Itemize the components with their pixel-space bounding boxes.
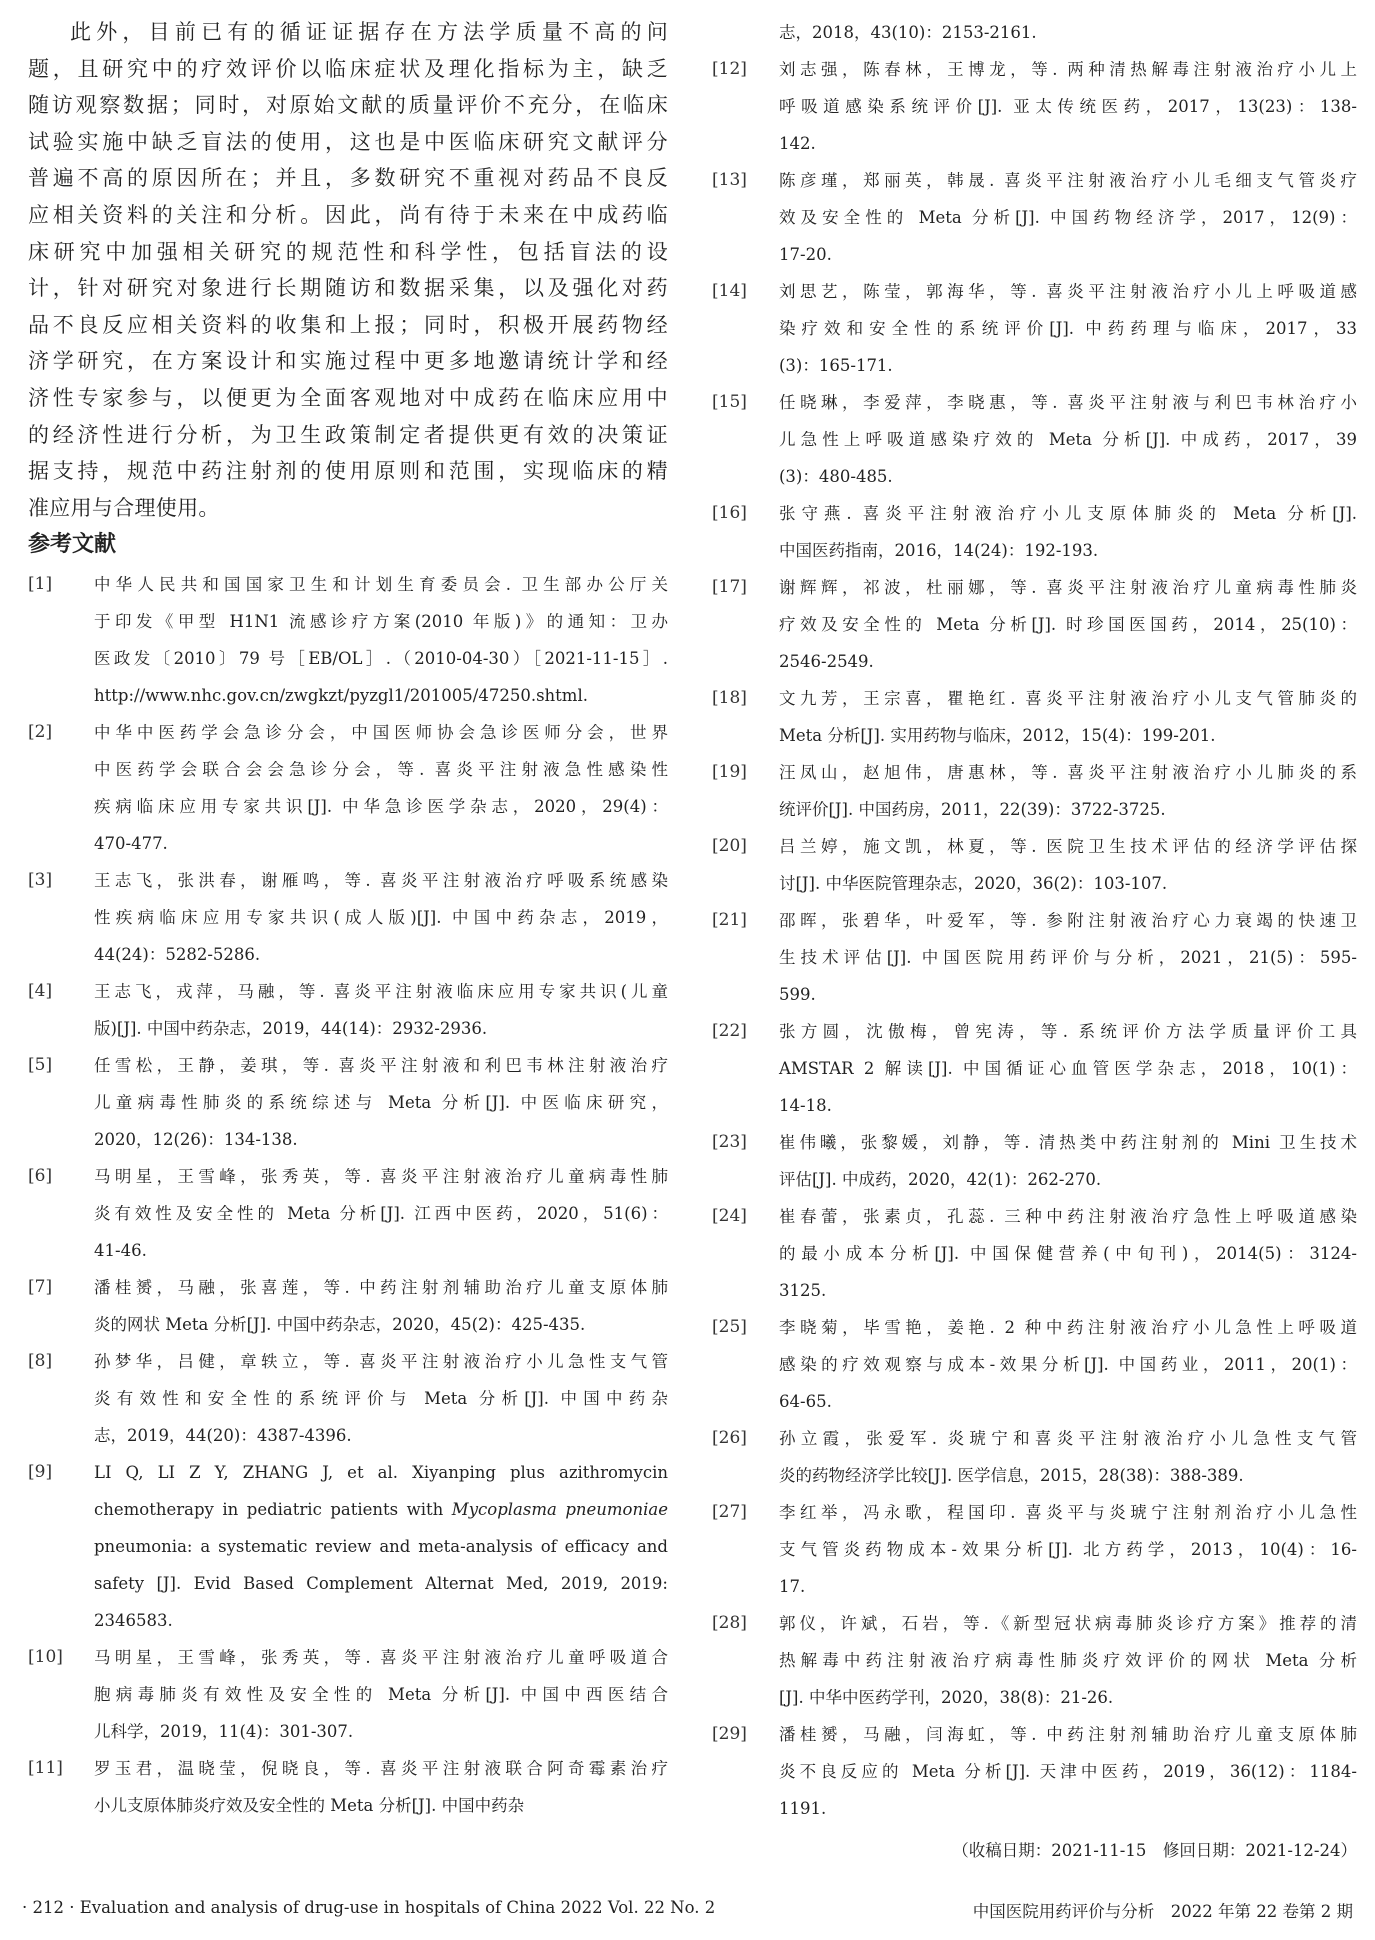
reference-item: [23]崔伟曦，张黎媛，刘静，等. 清热类中药注射剂的 Mini 卫生技术评估[… <box>712 1124 1357 1198</box>
reference-line: 邵晖，张碧华，叶爱军，等. 参附注射液治疗心力衰竭的快速卫 <box>779 902 1357 939</box>
species-name: Mycoplasma pneumoniae <box>452 1500 668 1519</box>
reference-line: 生技术评估[J]. 中国医院用药评价与分析，2021，21(5)：595- <box>779 939 1357 976</box>
reference-item: [8]孙梦华，吕健，章轶立，等. 喜炎平注射液治疗小儿急性支气管炎有效性和安全性… <box>28 1343 668 1454</box>
reference-item: [19]汪凤山，赵旭伟，唐惠林，等. 喜炎平注射液治疗小儿肺炎的系统评价[J].… <box>712 754 1357 828</box>
reference-line: 王志飞，张洪春，谢雁鸣，等. 喜炎平注射液治疗呼吸系统感染 <box>94 862 668 899</box>
reference-number: [4] <box>28 973 52 1010</box>
footer-journal-en: · 212 · Evaluation and analysis of drug-… <box>22 1898 715 1917</box>
reference-line: [J]. 中华中医药学刊，2020，38(8)：21-26. <box>779 1679 1357 1716</box>
reference-line: 呼吸道感染系统评价[J]. 亚太传统医药，2017，13(23)：138- <box>779 88 1357 125</box>
reference-line: 炎的药物经济学比较[J]. 医学信息，2015，28(38)：388-389. <box>779 1457 1357 1494</box>
reference-line: 2020，12(26)：134-138. <box>94 1121 668 1158</box>
reference-number: [3] <box>28 862 52 899</box>
reference-line: 统评价[J]. 中国药房，2011，22(39)：3722-3725. <box>779 791 1357 828</box>
footer-journal-cn: 中国医院用药评价与分析 2022 年第 22 卷第 2 期 <box>973 1898 1353 1922</box>
reference-item: [7]潘桂赟，马融，张喜莲，等. 中药注射剂辅助治疗儿童支原体肺炎的网状 Met… <box>28 1269 668 1343</box>
reference-line: 中华中医药学会急诊分会，中国医师协会急诊医师分会，世界 <box>94 714 668 751</box>
paragraph-line: 品不良反应相关资料的收集和上报；同时，积极开展药物经 <box>28 307 668 344</box>
reference-line: 小儿支原体肺炎疗效及安全性的 Meta 分析[J]. 中国中药杂 <box>94 1787 668 1824</box>
reference-line: 罗玉君，温晓莹，倪晓良，等. 喜炎平注射液联合阿奇霉素治疗 <box>94 1750 668 1787</box>
reference-line: (3)：480-485. <box>779 458 1357 495</box>
reference-line: 医政发〔2010〕79 号［EB/OL］.（2010-04-30）［2021-1… <box>94 640 668 677</box>
reference-line: 刘思艺，陈莹，郭海华，等. 喜炎平注射液治疗小儿上呼吸道感 <box>779 273 1357 310</box>
reference-line: 孙立霞，张爱军. 炎琥宁和喜炎平注射液治疗小儿急性支气管 <box>779 1420 1357 1457</box>
reference-line: 炎的网状 Meta 分析[J]. 中国中药杂志，2020，45(2)：425-4… <box>94 1306 668 1343</box>
reference-number: [15] <box>712 384 747 421</box>
reference-line: 于印发《甲型 H1N1 流感诊疗方案(2010 年版)》的通知：卫办 <box>94 603 668 640</box>
reference-line: 儿童病毒性肺炎的系统综述与 Meta 分析[J]. 中医临床研究， <box>94 1084 668 1121</box>
reference-number: [27] <box>712 1494 747 1531</box>
reference-line: safety [J]. Evid Based Complement Altern… <box>94 1565 668 1602</box>
reference-item: [16]张守燕. 喜炎平注射液治疗小儿支原体肺炎的 Meta 分析[J].中国医… <box>712 495 1357 569</box>
reference-line: 儿急性上呼吸道感染疗效的 Meta 分析[J]. 中成药，2017，39 <box>779 421 1357 458</box>
reference-number: [24] <box>712 1198 747 1235</box>
reference-line: (3)：165-171. <box>779 347 1357 384</box>
reference-item: [24]崔春蕾，张素贞，孔蕊. 三种中药注射液治疗急性上呼吸道感染的最小成本分析… <box>712 1198 1357 1309</box>
reference-line: 17. <box>779 1568 1357 1605</box>
reference-number: [23] <box>712 1124 747 1161</box>
reference-item: [27]李红举，冯永歌，程国印. 喜炎平与炎琥宁注射剂治疗小儿急性支气管炎药物成… <box>712 1494 1357 1605</box>
reference-line: 马明星，王雪峰，张秀英，等. 喜炎平注射液治疗儿童呼吸道合 <box>94 1639 668 1676</box>
reference-line: 中医药学会联合会会急诊分会，等. 喜炎平注射液急性感染性 <box>94 751 668 788</box>
reference-line: 41-46. <box>94 1232 668 1269</box>
paragraph-line: 随访观察数据；同时，对原始文献的质量评价不充分，在临床 <box>28 87 668 124</box>
reference-item: [10]马明星，王雪峰，张秀英，等. 喜炎平注射液治疗儿童呼吸道合胞病毒肺炎有效… <box>28 1639 668 1750</box>
reference-item: [13]陈彦瑾，郑丽英，韩晟. 喜炎平注射液治疗小儿毛细支气管炎疗效及安全性的 … <box>712 162 1357 273</box>
reference-item: [22]张方圆，沈傲梅，曾宪涛，等. 系统评价方法学质量评价工具AMSTAR 2… <box>712 1013 1357 1124</box>
body-paragraph: 此外，目前已有的循证证据存在方法学质量不高的问题，且研究中的疗效评价以临床症状及… <box>28 14 668 526</box>
reference-number: [8] <box>28 1343 52 1380</box>
reference-number: [16] <box>712 495 747 532</box>
reference-number: [9] <box>28 1454 52 1491</box>
reference-line: 王志飞，戎萍，马融，等. 喜炎平注射液临床应用专家共识(儿童 <box>94 973 668 1010</box>
right-column: 志，2018，43(10)：2153-2161. [12]刘志强，陈春林，王博龙… <box>712 0 1357 1869</box>
reference-line: 任晓琳，李爱萍，李晓惠，等. 喜炎平注射液与利巴韦林治疗小 <box>779 384 1357 421</box>
reference-number: [1] <box>28 566 52 603</box>
reference-line: 64-65. <box>779 1383 1357 1420</box>
reference-item: [9]LI Q, LI Z Y, ZHANG J, et al. Xiyanpi… <box>28 1454 668 1639</box>
references-heading: 参考文献 <box>28 528 668 562</box>
reference-item: [4]王志飞，戎萍，马融，等. 喜炎平注射液临床应用专家共识(儿童版)[J]. … <box>28 973 668 1047</box>
reference-item: [1]中华人民共和国国家卫生和计划生育委员会. 卫生部办公厅关于印发《甲型 H1… <box>28 566 668 714</box>
reference-line: Meta 分析[J]. 实用药物与临床，2012，15(4)：199-201. <box>779 717 1357 754</box>
reference-line: 张守燕. 喜炎平注射液治疗小儿支原体肺炎的 Meta 分析[J]. <box>779 495 1357 532</box>
reference-item: [12]刘志强，陈春林，王博龙，等. 两种清热解毒注射液治疗小儿上呼吸道感染系统… <box>712 51 1357 162</box>
reference-number: [11] <box>28 1750 63 1787</box>
reference-number: [25] <box>712 1309 747 1346</box>
paragraph-line: 据支持，规范中药注射剂的使用原则和范围，实现临床的精 <box>28 453 668 490</box>
paragraph-line: 试验实施中缺乏盲法的使用，这也是中医临床研究文献评分 <box>28 124 668 161</box>
reference-line: chemotherapy in pediatric patients with … <box>94 1491 668 1528</box>
reference-number: [17] <box>712 569 747 606</box>
reference-item: [18]文九芳，王宗喜，瞿艳红. 喜炎平注射液治疗小儿支气管肺炎的Meta 分析… <box>712 680 1357 754</box>
reference-number: [28] <box>712 1605 747 1642</box>
reference-line: 疗效及安全性的 Meta 分析[J]. 时珍国医国药，2014，25(10)： <box>779 606 1357 643</box>
reference-line: 3125. <box>779 1272 1357 1309</box>
reference-line: 470-477. <box>94 825 668 862</box>
reference-item: [11]罗玉君，温晓莹，倪晓良，等. 喜炎平注射液联合阿奇霉素治疗小儿支原体肺炎… <box>28 1750 668 1824</box>
paragraph-line: 济学研究，在方案设计和实施过程中更多地邀请统计学和经 <box>28 343 668 380</box>
reference-line: 吕兰婷，施文凯，林夏，等. 医院卫生技术评估的经济学评估探 <box>779 828 1357 865</box>
reference-item: [15]任晓琳，李爱萍，李晓惠，等. 喜炎平注射液与利巴韦林治疗小儿急性上呼吸道… <box>712 384 1357 495</box>
reference-number: [5] <box>28 1047 52 1084</box>
reference-list-left: [1]中华人民共和国国家卫生和计划生育委员会. 卫生部办公厅关于印发《甲型 H1… <box>28 566 668 1824</box>
paragraph-line: 此外，目前已有的循证证据存在方法学质量不高的问 <box>28 14 668 51</box>
reference-line: 李晓菊，毕雪艳，姜艳. 2 种中药注射液治疗小儿急性上呼吸道 <box>779 1309 1357 1346</box>
reference-number: [10] <box>28 1639 63 1676</box>
reference-line: 汪凤山，赵旭伟，唐惠林，等. 喜炎平注射液治疗小儿肺炎的系 <box>779 754 1357 791</box>
left-column: 此外，目前已有的循证证据存在方法学质量不高的问题，且研究中的疗效评价以临床症状及… <box>28 0 668 1824</box>
reference-line: 炎不良反应的 Meta 分析[J]. 天津中医药，2019，36(12)：118… <box>779 1753 1357 1790</box>
reference-line: 的最小成本分析[J]. 中国保健营养(中旬刊)，2014(5)：3124- <box>779 1235 1357 1272</box>
reference-line: 潘桂赟，马融，张喜莲，等. 中药注射剂辅助治疗儿童支原体肺 <box>94 1269 668 1306</box>
reference-number: [12] <box>712 51 747 88</box>
reference-line: 张方圆，沈傲梅，曾宪涛，等. 系统评价方法学质量评价工具 <box>779 1013 1357 1050</box>
reference-line: 陈彦瑾，郑丽英，韩晟. 喜炎平注射液治疗小儿毛细支气管炎疗 <box>779 162 1357 199</box>
reference-continuation: 志，2018，43(10)：2153-2161. <box>712 14 1357 51</box>
reference-line: 热解毒中药注射液治疗病毒性肺炎疗效评价的网状 Meta 分析 <box>779 1642 1357 1679</box>
reference-line: 胞病毒肺炎有效性及安全性的 Meta 分析[J]. 中国中西医结合 <box>94 1676 668 1713</box>
reference-item: [26]孙立霞，张爱军. 炎琥宁和喜炎平注射液治疗小儿急性支气管炎的药物经济学比… <box>712 1420 1357 1494</box>
reference-line: 感染的疗效观察与成本-效果分析[J]. 中国药业，2011，20(1)： <box>779 1346 1357 1383</box>
reference-item: [2]中华中医药学会急诊分会，中国医师协会急诊医师分会，世界中医药学会联合会会急… <box>28 714 668 862</box>
reference-line: 潘桂赟，马融，闫海虹，等. 中药注射剂辅助治疗儿童支原体肺 <box>779 1716 1357 1753</box>
reference-number: [19] <box>712 754 747 791</box>
reference-line: 142. <box>779 125 1357 162</box>
reference-line: LI Q, LI Z Y, ZHANG J, et al. Xiyanping … <box>94 1454 668 1491</box>
reference-line: 染疗效和安全性的系统评价[J]. 中药药理与临床，2017，33 <box>779 310 1357 347</box>
paragraph-line: 普遍不高的原因所在；并且，多数研究不重视对药品不良反 <box>28 160 668 197</box>
reference-line: 中国医药指南，2016，14(24)：192-193. <box>779 532 1357 569</box>
paragraph-line: 准应用与合理使用。 <box>28 490 668 527</box>
paragraph-line: 应相关资料的关注和分析。因此，尚有待于未来在中成药临 <box>28 197 668 234</box>
reference-line: 支气管炎药物成本-效果分析[J]. 北方药学，2013，10(4)：16- <box>779 1531 1357 1568</box>
paragraph-line: 床研究中加强相关研究的规范性和科学性，包括盲法的设 <box>28 234 668 271</box>
reference-number: [22] <box>712 1013 747 1050</box>
reference-number: [20] <box>712 828 747 865</box>
reference-line: 讨[J]. 中华医院管理杂志，2020，36(2)：103-107. <box>779 865 1357 902</box>
reference-line: 李红举，冯永歌，程国印. 喜炎平与炎琥宁注射剂治疗小儿急性 <box>779 1494 1357 1531</box>
reference-line: 44(24)：5282-5286. <box>94 936 668 973</box>
reference-line: 郭仪，许斌，石岩，等.《新型冠状病毒肺炎诊疗方案》推荐的清 <box>779 1605 1357 1642</box>
reference-line: 性疾病临床应用专家共识(成人版)[J]. 中国中药杂志，2019， <box>94 899 668 936</box>
reference-number: [18] <box>712 680 747 717</box>
reference-line: 任雪松，王静，姜琪，等. 喜炎平注射液和利巴韦林注射液治疗 <box>94 1047 668 1084</box>
reference-line: 中华人民共和国国家卫生和计划生育委员会. 卫生部办公厅关 <box>94 566 668 603</box>
reference-number: [14] <box>712 273 747 310</box>
reference-item: [3]王志飞，张洪春，谢雁鸣，等. 喜炎平注射液治疗呼吸系统感染性疾病临床应用专… <box>28 862 668 973</box>
reference-item: [14]刘思艺，陈莹，郭海华，等. 喜炎平注射液治疗小儿上呼吸道感染疗效和安全性… <box>712 273 1357 384</box>
reference-number: [7] <box>28 1269 52 1306</box>
paragraph-line: 题，且研究中的疗效评价以临床症状及理化指标为主，缺乏 <box>28 51 668 88</box>
reference-list-right: [12]刘志强，陈春林，王博龙，等. 两种清热解毒注射液治疗小儿上呼吸道感染系统… <box>712 51 1357 1827</box>
reference-number: [2] <box>28 714 52 751</box>
reference-line: AMSTAR 2 解读[J]. 中国循证心血管医学杂志，2018，10(1)： <box>779 1050 1357 1087</box>
reference-line: 崔春蕾，张素贞，孔蕊. 三种中药注射液治疗急性上呼吸道感染 <box>779 1198 1357 1235</box>
reference-line: 评估[J]. 中成药，2020，42(1)：262-270. <box>779 1161 1357 1198</box>
paragraph-line: 计，针对研究对象进行长期随访和数据采集，以及强化对药 <box>28 270 668 307</box>
reference-line: 刘志强，陈春林，王博龙，等. 两种清热解毒注射液治疗小儿上 <box>779 51 1357 88</box>
reference-line: 文九芳，王宗喜，瞿艳红. 喜炎平注射液治疗小儿支气管肺炎的 <box>779 680 1357 717</box>
reference-line: 2346583. <box>94 1602 668 1639</box>
reference-line: 17-20. <box>779 236 1357 273</box>
paragraph-line: 的经济性进行分析，为卫生政策制定者提供更有效的决策证 <box>28 417 668 454</box>
reference-line: 版)[J]. 中国中药杂志，2019，44(14)：2932-2936. <box>94 1010 668 1047</box>
reference-item: [21]邵晖，张碧华，叶爱军，等. 参附注射液治疗心力衰竭的快速卫生技术评估[J… <box>712 902 1357 1013</box>
reference-line: pneumonia: a systematic review and meta-… <box>94 1528 668 1565</box>
reference-line: 儿科学，2019，11(4)：301-307. <box>94 1713 668 1750</box>
reference-item: [6]马明星，王雪峰，张秀英，等. 喜炎平注射液治疗儿童病毒性肺炎有效性及安全性… <box>28 1158 668 1269</box>
reference-line: 599. <box>779 976 1357 1013</box>
reference-number: [13] <box>712 162 747 199</box>
reference-line: 2546-2549. <box>779 643 1357 680</box>
reference-line: http://www.nhc.gov.cn/zwgkzt/pyzgl1/2010… <box>94 677 668 714</box>
reference-number: [26] <box>712 1420 747 1457</box>
reference-line: 志，2019，44(20)：4387-4396. <box>94 1417 668 1454</box>
reference-line: 效及安全性的 Meta 分析[J]. 中国药物经济学，2017，12(9)： <box>779 199 1357 236</box>
reference-line: 炎有效性和安全性的系统评价与 Meta 分析[J]. 中国中药杂 <box>94 1380 668 1417</box>
reference-item: [29]潘桂赟，马融，闫海虹，等. 中药注射剂辅助治疗儿童支原体肺炎不良反应的 … <box>712 1716 1357 1827</box>
reference-line: 谢辉辉，祁波，杜丽娜，等. 喜炎平注射液治疗儿童病毒性肺炎 <box>779 569 1357 606</box>
reference-number: [6] <box>28 1158 52 1195</box>
reference-item: [5]任雪松，王静，姜琪，等. 喜炎平注射液和利巴韦林注射液治疗儿童病毒性肺炎的… <box>28 1047 668 1158</box>
reference-line: 马明星，王雪峰，张秀英，等. 喜炎平注射液治疗儿童病毒性肺 <box>94 1158 668 1195</box>
reference-line: 1191. <box>779 1790 1357 1827</box>
reference-item: [17]谢辉辉，祁波，杜丽娜，等. 喜炎平注射液治疗儿童病毒性肺炎疗效及安全性的… <box>712 569 1357 680</box>
reference-line: 炎有效性及安全性的 Meta 分析[J]. 江西中医药，2020，51(6)： <box>94 1195 668 1232</box>
reference-item: [20]吕兰婷，施文凯，林夏，等. 医院卫生技术评估的经济学评估探讨[J]. 中… <box>712 828 1357 902</box>
reference-line: 14-18. <box>779 1087 1357 1124</box>
reference-item: [28]郭仪，许斌，石岩，等.《新型冠状病毒肺炎诊疗方案》推荐的清热解毒中药注射… <box>712 1605 1357 1716</box>
reference-line: 疾病临床应用专家共识[J]. 中华急诊医学杂志，2020，29(4)： <box>94 788 668 825</box>
reference-line: 孙梦华，吕健，章轶立，等. 喜炎平注射液治疗小儿急性支气管 <box>94 1343 668 1380</box>
reference-item: [25]李晓菊，毕雪艳，姜艳. 2 种中药注射液治疗小儿急性上呼吸道感染的疗效观… <box>712 1309 1357 1420</box>
reference-number: [29] <box>712 1716 747 1753</box>
received-dates: （收稿日期：2021-11-15 修回日期：2021-12-24） <box>712 1833 1357 1869</box>
paragraph-line: 济性专家参与，以便更为全面客观地对中成药在临床应用中 <box>28 380 668 417</box>
reference-line: 崔伟曦，张黎媛，刘静，等. 清热类中药注射剂的 Mini 卫生技术 <box>779 1124 1357 1161</box>
reference-number: [21] <box>712 902 747 939</box>
